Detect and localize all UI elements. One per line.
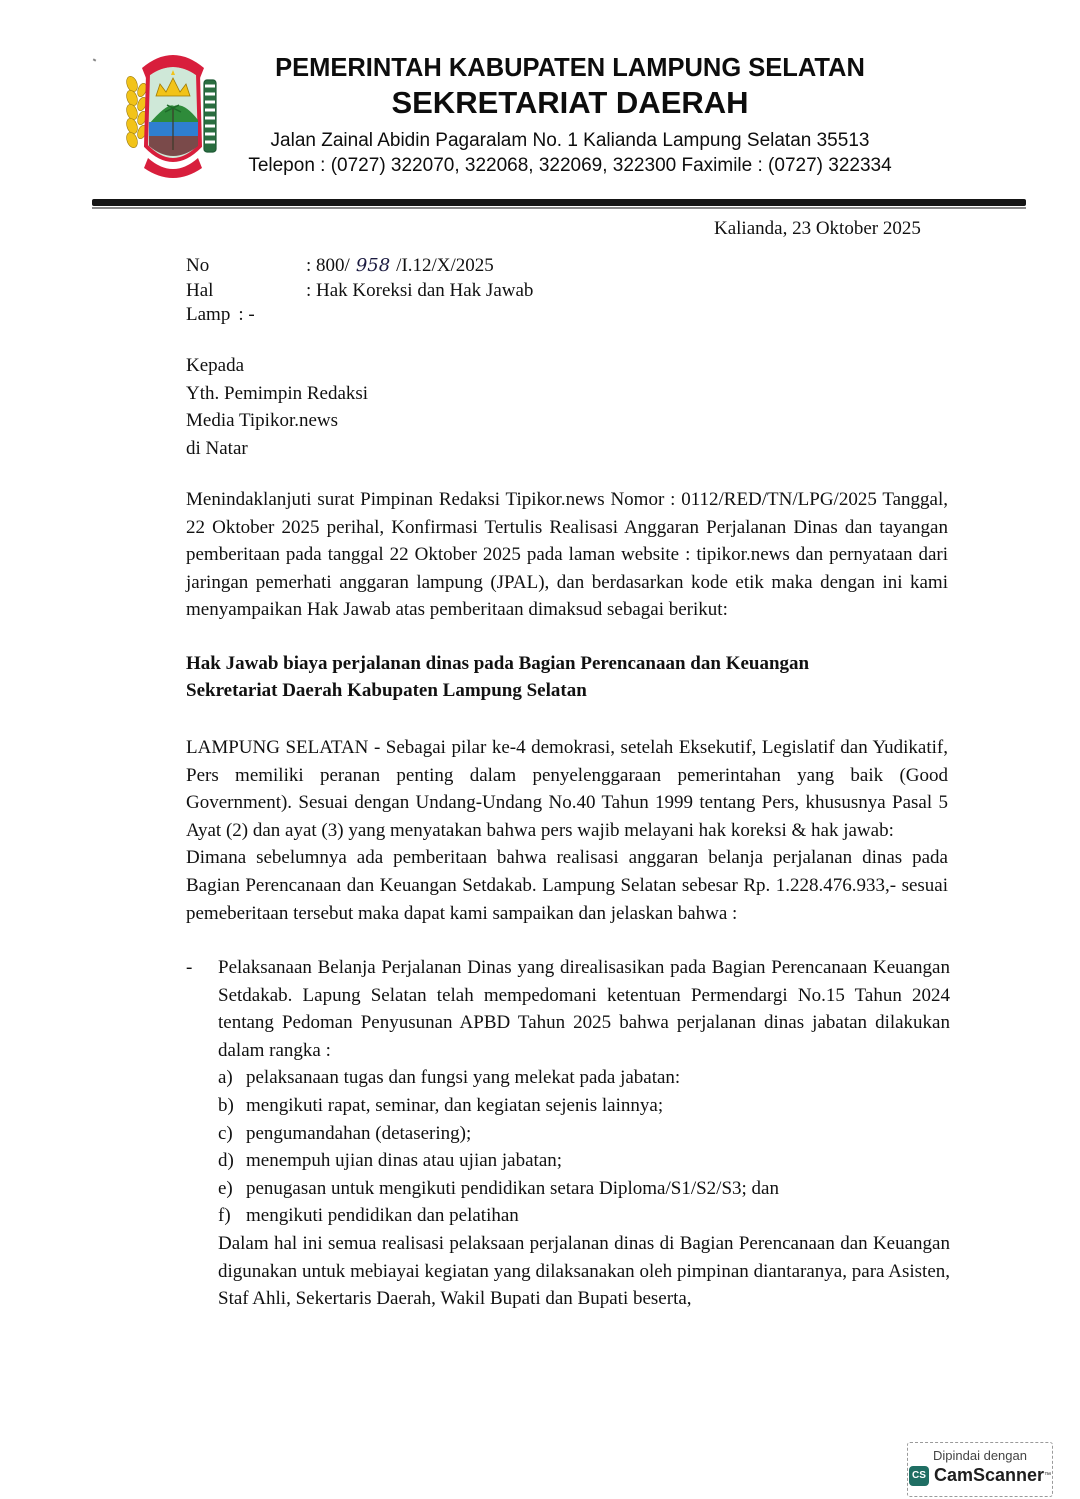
- list-item: d)menempuh ujian dinas atau ujian jabata…: [218, 1147, 950, 1175]
- meta-subject-label: Hal: [186, 279, 306, 304]
- bullet-marker: -: [186, 954, 192, 982]
- letter-date: Kalianda, 23 Oktober 2025: [714, 218, 921, 240]
- letter-meta: No : 800/ 958 /I.12/X/2025 Hal : Hak Kor…: [186, 254, 533, 328]
- body-paragraph: LAMPUNG SELATAN - Sebagai pilar ke-4 dem…: [186, 734, 948, 844]
- body-paragraph: Dimana sebelumnya ada pemberitaan bahwa …: [186, 844, 948, 927]
- letterhead-divider-thin: [92, 207, 1026, 209]
- section-heading-line: Sekretariat Daerah Kabupaten Lampung Sel…: [186, 677, 809, 704]
- meta-number-row: No : 800/ 958 /I.12/X/2025: [186, 254, 533, 279]
- bullet-text: Pelaksanaan Belanja Perjalanan Dinas yan…: [218, 954, 950, 1064]
- list-item: b)mengikuti rapat, seminar, dan kegiatan…: [218, 1092, 950, 1120]
- letterhead-contact: Telepon : (0727) 322070, 322068, 322069,…: [220, 153, 920, 178]
- meta-number-prefix: : 800/: [306, 254, 350, 279]
- recipient-line: Media Tipikor.news: [186, 407, 368, 435]
- watermark-caption: Dipindai dengan: [908, 1448, 1052, 1463]
- letterhead-office: SEKRETARIAT DAERAH: [220, 84, 920, 122]
- meta-number-label: No: [186, 254, 306, 279]
- bullet-section: - Pelaksanaan Belanja Perjalanan Dinas y…: [186, 954, 950, 1313]
- letterhead-government: PEMERINTAH KABUPATEN LAMPUNG SELATAN: [220, 52, 920, 84]
- watermark-brand-row: CS CamScanner™: [908, 1465, 1052, 1486]
- letterhead-address: Jalan Zainal Abidin Pagaralam No. 1 Kali…: [220, 128, 920, 153]
- meta-number-suffix: /I.12/X/2025: [396, 254, 494, 279]
- letterhead-divider: [92, 199, 1026, 206]
- list-item: f)mengikuti pendidikan dan pelatihan: [218, 1202, 950, 1230]
- meta-subject-row: Hal : Hak Koreksi dan Hak Jawab: [186, 279, 533, 304]
- recipient-line: di Natar: [186, 435, 368, 463]
- trademark-icon: ™: [1044, 1472, 1051, 1479]
- meta-subject-value: : Hak Koreksi dan Hak Jawab: [306, 279, 533, 304]
- section-heading-line: Hak Jawab biaya perjalanan dinas pada Ba…: [186, 650, 809, 677]
- recipient-line: Kepada: [186, 352, 368, 380]
- letterhead: PEMERINTAH KABUPATEN LAMPUNG SELATAN SEK…: [220, 52, 920, 178]
- list-item: a)pelaksanaan tugas dan fungsi yang mele…: [218, 1064, 950, 1092]
- meta-attachment-label: Lamp: [186, 303, 230, 328]
- section-heading: Hak Jawab biaya perjalanan dinas pada Ba…: [186, 650, 809, 704]
- scan-speck: [93, 58, 97, 61]
- meta-attachment-row: Lamp : -: [186, 303, 533, 328]
- recipient-block: Kepada Yth. Pemimpin Redaksi Media Tipik…: [186, 352, 368, 462]
- opening-paragraph: Menindaklanjuti surat Pimpinan Redaksi T…: [186, 486, 948, 624]
- closing-paragraph: Dalam hal ini semua realisasi pelaksaan …: [218, 1230, 950, 1313]
- watermark-brand: CamScanner: [934, 1465, 1044, 1486]
- list-item: c)pengumandahan (detasering);: [218, 1120, 950, 1148]
- list-item: e)penugasan untuk mengikuti pendidikan s…: [218, 1175, 950, 1203]
- body-paragraphs: LAMPUNG SELATAN - Sebagai pilar ke-4 dem…: [186, 734, 948, 927]
- sub-list: a)pelaksanaan tugas dan fungsi yang mele…: [218, 1064, 950, 1230]
- meta-number-handwritten: 958: [350, 254, 396, 279]
- recipient-line: Yth. Pemimpin Redaksi: [186, 380, 368, 408]
- meta-attachment-value: : -: [238, 303, 254, 328]
- camscanner-logo-icon: CS: [909, 1466, 929, 1486]
- regency-emblem-icon: [118, 46, 228, 186]
- camscanner-watermark: Dipindai dengan CS CamScanner™: [907, 1442, 1053, 1497]
